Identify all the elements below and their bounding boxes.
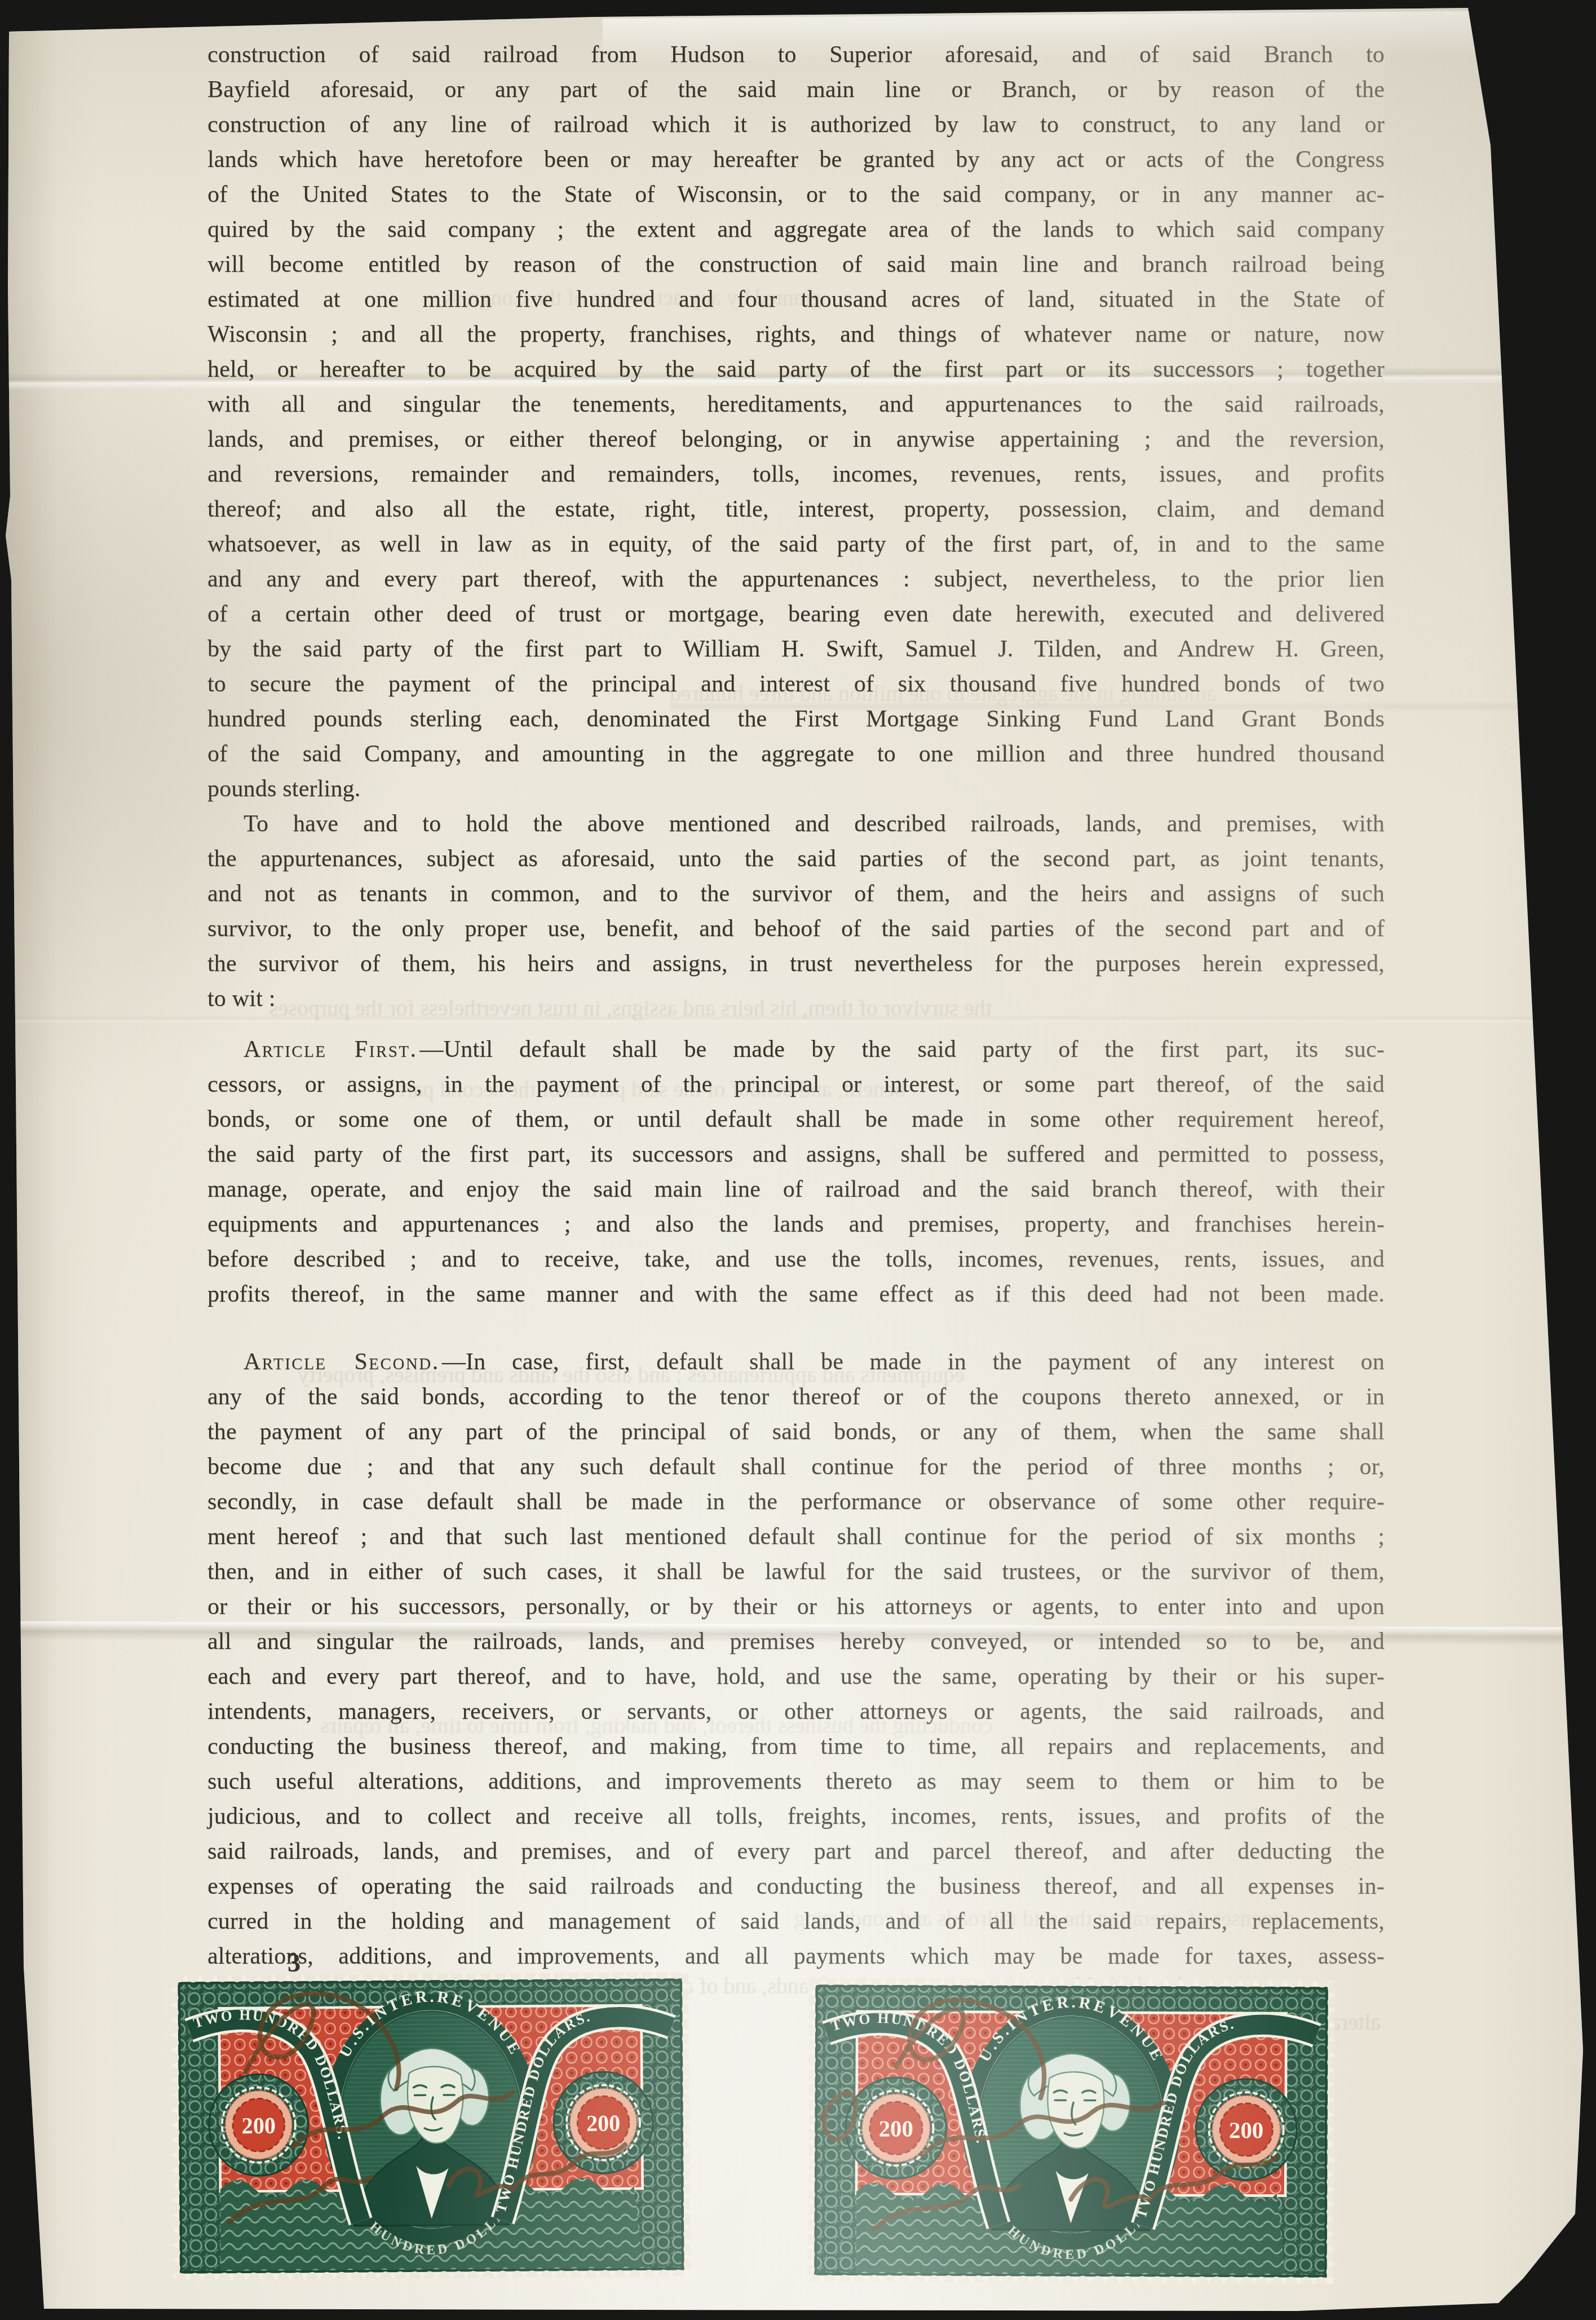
stamp-denomination-rosette-left: 200	[846, 2078, 947, 2179]
deed-text-line: the appurtenances, subject as aforesaid,…	[207, 841, 1385, 876]
deed-text-line: to secure the payment of the principal a…	[207, 667, 1385, 702]
deed-paragraph: construction of said railroad from Hudso…	[207, 37, 1385, 806]
deed-text-line: To have and to hold the above mentioned …	[207, 806, 1385, 841]
article-lead: Article Second.	[244, 1349, 442, 1375]
deed-paragraph: To have and to hold the above mentioned …	[207, 806, 1385, 1016]
deed-text-line: the payment of any part of the principal…	[207, 1414, 1385, 1449]
deed-text-line: each and every part thereof, and to have…	[207, 1659, 1385, 1694]
deed-text-line: profits thereof, in the same manner and …	[207, 1277, 1385, 1312]
deed-text-line: the said party of the first part, its su…	[207, 1137, 1385, 1172]
deed-text-line: pounds sterling.	[207, 771, 1385, 806]
deed-text-line: Wisconsin ; and all the property, franch…	[207, 317, 1385, 352]
deed-text-line: Article First.—Until default shall be ma…	[207, 1032, 1385, 1067]
deed-text-line: all and singular the railroads, lands, a…	[207, 1624, 1385, 1659]
page-number: 3	[288, 1948, 300, 1978]
deed-text-line: construction of any line of railroad whi…	[207, 107, 1385, 142]
revenue-stamp-200-right: 200 200	[808, 1978, 1334, 2284]
deed-text-line: lands which have heretofore been or may …	[207, 142, 1385, 177]
paper-edge-shadow	[5, 5, 58, 2314]
deed-text-line: said railroads, lands, and premises, and…	[207, 1834, 1385, 1869]
deed-text-line: alterations, additions, and improvements…	[207, 1939, 1385, 1974]
deed-text-line: judicious, and to collect and receive al…	[207, 1799, 1385, 1834]
deed-text-line: bonds, or some one of them, or until def…	[207, 1102, 1385, 1137]
deed-text-line: held, or hereafter to be acquired by the…	[207, 352, 1385, 387]
deed-paragraph: Article First.—Until default shall be ma…	[207, 1032, 1385, 1312]
deed-text-line: hundred pounds sterling each, denominate…	[207, 702, 1385, 736]
deed-text-line: expenses of operating the said railroads…	[207, 1869, 1385, 1904]
deed-text-line: survivor, to the only proper use, benefi…	[207, 911, 1385, 946]
deed-text-line: secondly, in case default shall be made …	[207, 1484, 1385, 1519]
deed-text-line: of the said Company, and amounting in th…	[207, 736, 1385, 771]
deed-text-line: the survivor of them, his heirs and assi…	[207, 946, 1385, 981]
deed-text-line: construction of said railroad from Hudso…	[207, 37, 1385, 72]
photo-backdrop: granted by any act or acts of the Congre…	[0, 0, 1596, 2320]
deed-text-line: and any and every part thereof, with the…	[207, 562, 1385, 597]
deed-text-line: lands, and premises, or either thereof b…	[207, 422, 1385, 457]
deed-text-line: any of the said bonds, according to the …	[207, 1379, 1385, 1414]
deed-text-line: estimated at one million five hundred an…	[207, 282, 1385, 317]
stamp-denomination-left: 200	[242, 2112, 276, 2138]
deed-text-line: such useful alterations, additions, and …	[207, 1764, 1385, 1799]
deed-text-line: cessors, or assigns, in the payment of t…	[207, 1067, 1385, 1102]
deed-text-line: before described ; and to receive, take,…	[207, 1242, 1385, 1277]
deed-text-line: Article Second.—In case, first, default …	[207, 1344, 1385, 1379]
deed-text-line: and reversions, remainder and remainders…	[207, 457, 1385, 492]
deed-text-line: become due ; and that any such default s…	[207, 1449, 1385, 1484]
deed-text-line: manage, operate, and enjoy the said main…	[207, 1172, 1385, 1207]
revenue-stamp-200-left: 200 200	[171, 1972, 691, 2280]
deed-text-line: with all and singular the tenements, her…	[207, 387, 1385, 422]
deed-text-line: then, and in either of such cases, it sh…	[207, 1554, 1385, 1589]
article-lead: Article First.	[244, 1036, 420, 1062]
stamp-denomination-right: 200	[586, 2110, 620, 2136]
deed-text-line: to wit :	[207, 981, 1385, 1016]
stamp-denomination-right: 200	[1229, 2118, 1263, 2143]
document-page: granted by any act or acts of the Congre…	[5, 5, 1590, 2314]
deed-text-line: and not as tenants in common, and to the…	[207, 876, 1385, 911]
deed-text-line: thereof; and also all the estate, right,…	[207, 492, 1385, 527]
deed-text-line: will become entitled by reason of the co…	[207, 247, 1385, 282]
deed-text-line: whatsoever, as well in law as in equity,…	[207, 527, 1385, 562]
deed-text-line: ment hereof ; and that such last mention…	[207, 1519, 1385, 1554]
deed-text-line: conducting the business thereof, and mak…	[207, 1729, 1385, 1764]
deed-text-block: construction of said railroad from Hudso…	[207, 37, 1385, 1974]
revenue-stamp-svg: 200 200	[808, 1978, 1334, 2284]
revenue-stamp-svg: 200 200	[171, 1972, 691, 2280]
deed-text-line: equipments and appurtenances ; and also …	[207, 1207, 1385, 1242]
deed-text-line: of the United States to the State of Wis…	[207, 177, 1385, 212]
deed-text-line: curred in the holding and management of …	[207, 1904, 1385, 1939]
deed-text-line: by the said party of the first part to W…	[207, 632, 1385, 667]
stamp-denomination-rosette-left: 200	[209, 2074, 308, 2176]
deed-paragraph: Article Second.—In case, first, default …	[207, 1344, 1385, 1974]
deed-text-line: or their or his successors, personally, …	[207, 1589, 1385, 1624]
stamp-denomination-left: 200	[879, 2116, 913, 2141]
deed-text-line: of a certain other deed of trust or mort…	[207, 597, 1385, 632]
stamp-denomination-rosette-right: 200	[554, 2071, 653, 2173]
deed-text-line: Bayfield aforesaid, or any part of the s…	[207, 72, 1385, 107]
deed-text-line: intendents, managers, receivers, or serv…	[207, 1694, 1385, 1729]
deed-text-line: quired by the said company ; the extent …	[207, 212, 1385, 247]
